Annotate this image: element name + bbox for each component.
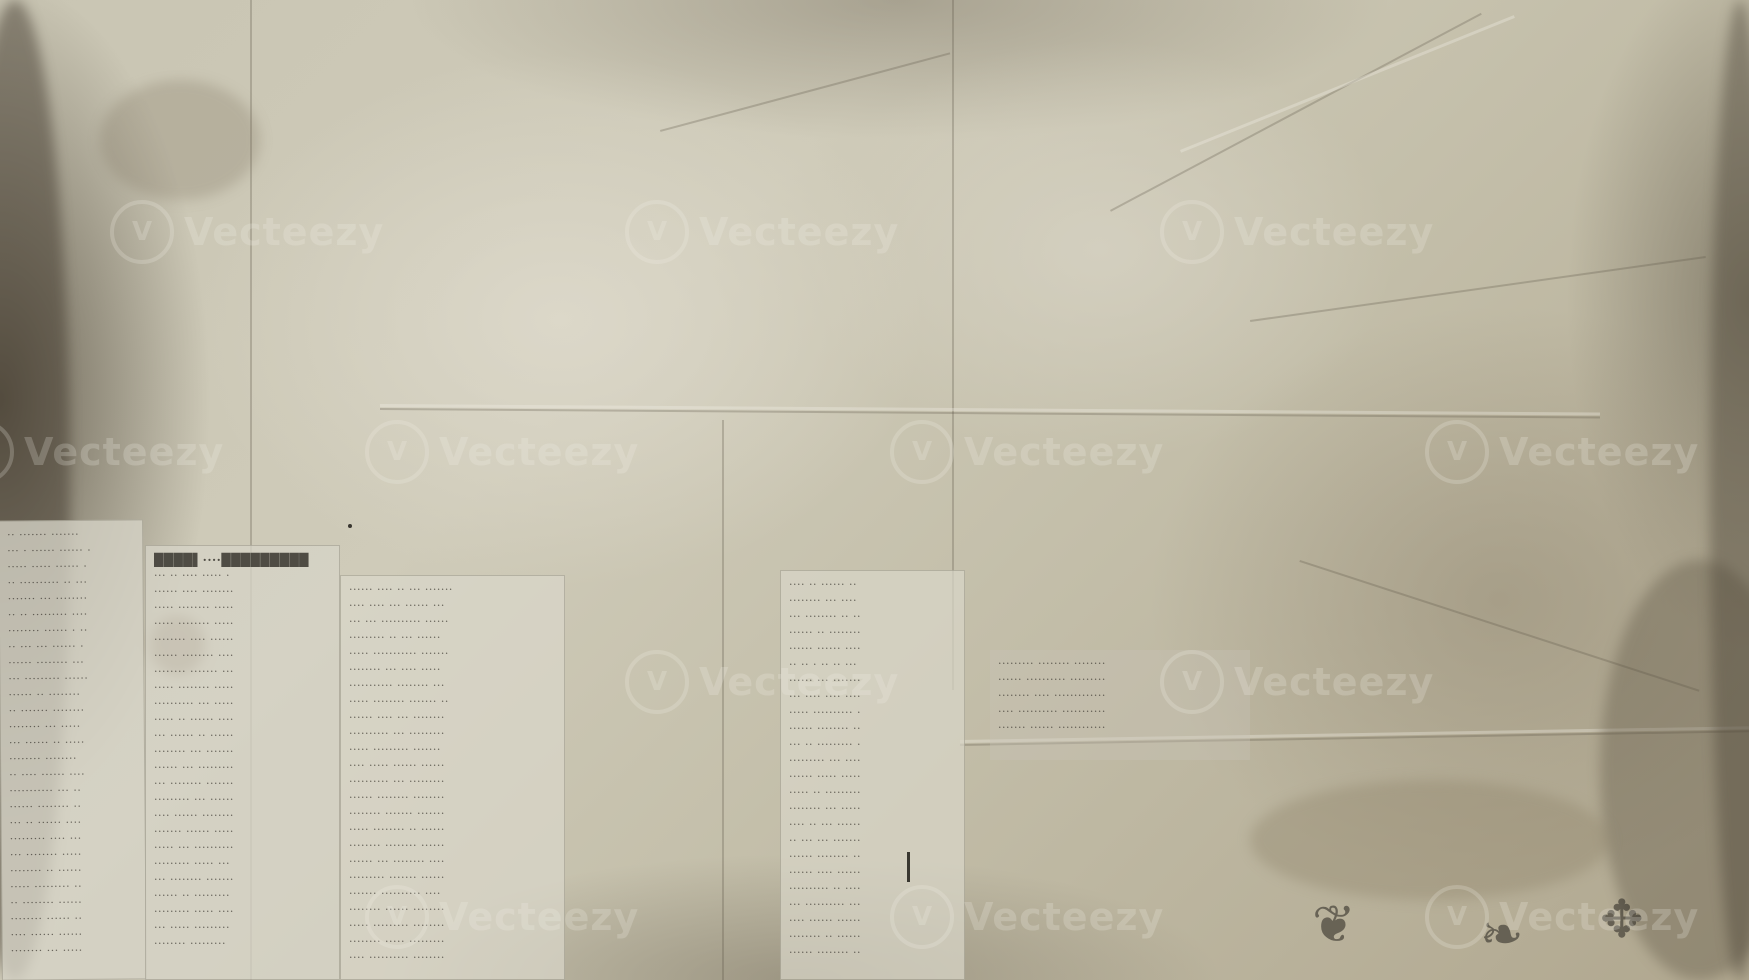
clipping-text-line: ····· ·· ·········: [789, 785, 956, 801]
clipping-text-line: ··· ·· ···· ····· ·: [154, 568, 331, 584]
newspaper-clipping: ···· ·· ······ ·········· ··· ······· ··…: [780, 570, 965, 980]
clipping-text-line: ·········· ·· ····: [789, 881, 956, 897]
watermark-text: Vecteezy: [1234, 660, 1434, 704]
clipping-text-line: ······ ········ ··: [9, 798, 136, 815]
clipping-text-line: ········· ····· ···: [154, 856, 331, 872]
engraving-fragment-icon: ✥: [1600, 890, 1644, 950]
vecteezy-logo-icon: V: [1160, 200, 1224, 264]
stain-top-left: [100, 80, 260, 200]
clipping-text-line: ········ ········: [9, 750, 136, 767]
diagonal-crease-highlight: [1180, 15, 1515, 153]
newspaper-clipping: ████▌····█████████··· ·· ···· ····· ····…: [145, 545, 340, 980]
stain-bottom-right: [1250, 780, 1610, 900]
clipping-text-line: ······ ·· ·········: [154, 888, 331, 904]
clipping-text-line: ····· ····· ······ ·: [7, 558, 134, 575]
clipping-text-line: ······ ········ ··: [789, 849, 956, 865]
clipping-text-line: ···· ······ ······: [11, 926, 138, 943]
clipping-text-line: ··· ·········· ···: [789, 897, 956, 913]
watermark-text: Vecteezy: [699, 210, 899, 254]
vecteezy-logo-icon: V: [625, 650, 689, 714]
newspaper-clipping: ·· ······· ·········· · ······ ······ ··…: [0, 519, 147, 980]
clipping-text-line: ···· ····· ······ ······: [349, 758, 556, 774]
watermark-text: Vecteezy: [964, 895, 1164, 939]
newspaper-clipping: ······ ···· ·· ··· ··········· ···· ··· …: [340, 575, 565, 980]
paper-texture-background: ·· ······· ·········· · ······ ······ ··…: [0, 0, 1749, 980]
newspaper-clipping: ········· ········ ·············· ······…: [990, 650, 1250, 760]
clipping-text-line: ····· ··········· ·······: [349, 646, 556, 662]
clipping-text-line: ·· ·· · ·· ·· ···: [789, 657, 956, 673]
clipping-text-line: ······ ········ ··: [789, 945, 956, 961]
clipping-text-line: ·········· ··· ·····: [154, 696, 331, 712]
clipping-text-line: ········ ······· ···: [154, 664, 331, 680]
clipping-text-line: ······ ··· ·········: [154, 760, 331, 776]
clipping-text-line: ·· ·········· ·· ···: [7, 574, 134, 591]
clipping-text-line: ·········· ··· ·········: [349, 774, 556, 790]
clipping-text-line: ····· ········· ··: [10, 878, 137, 895]
clipping-text-line: ······· ······ ············: [998, 720, 1242, 736]
clipping-text-line: ·· ·· ········· ····: [8, 606, 135, 623]
clipping-text-line: ········ ··· ···· ·····: [349, 662, 556, 678]
clipping-text-line: ████▌····█████████: [154, 552, 331, 568]
clipping-text-line: ········ ······· ·······: [349, 806, 556, 822]
clipping-text-line: ··· ······ ·· ······: [154, 728, 331, 744]
watermark-text: Vecteezy: [184, 210, 384, 254]
clipping-text-line: ····· ··· ··········: [154, 840, 331, 856]
clipping-text-line: ·· ··· ··· ·······: [789, 833, 956, 849]
clipping-text-line: ········· ····· ····: [154, 904, 331, 920]
clipping-text-line: ········ ··· ·····: [11, 942, 138, 959]
vecteezy-logo-icon: V: [890, 420, 954, 484]
clipping-text-line: ········ ·· ······: [10, 862, 137, 879]
clipping-text-line: ······ ·· ········: [8, 686, 135, 703]
watermark: VVecteezy: [1160, 200, 1434, 264]
clipping-text-line: ··· ········· ······: [8, 670, 135, 687]
clipping-text-line: ········ ······ ··: [10, 910, 137, 927]
clipping-text-line: ··· ···· ···· ····: [789, 689, 956, 705]
clipping-text-line: ·· ······· ·······: [7, 526, 134, 543]
clipping-text-line: ········· ··· ······: [154, 792, 331, 808]
clipping-text-line: ··· ··· ·········· ······: [349, 614, 556, 630]
watermark: VVecteezy: [625, 200, 899, 264]
clipping-text-line: ······ ·· ········: [789, 625, 956, 641]
clipping-text-line: ······· ··· ········: [8, 590, 135, 607]
clipping-text-line: ·········· ··· ·········: [349, 726, 556, 742]
clipping-text-line: ······· ·········· ····: [349, 886, 556, 902]
clipping-text-line: ····· ········ ·· ······: [349, 822, 556, 838]
clipping-text-line: ··· ········ ·······: [154, 872, 331, 888]
clipping-text-line: ········ ·· ······: [789, 929, 956, 945]
clipping-text-line: ···· ······ ········: [154, 808, 331, 824]
clipping-text-line: ········· ·· ··· ······: [349, 630, 556, 646]
clipping-text-line: ··· · ······ ······ ·: [7, 542, 134, 559]
clipping-text-line: ········ ··· ····: [789, 593, 956, 609]
clipping-text-line: ······ ··· ········ ····: [349, 854, 556, 870]
clipping-text-line: ········ ·········: [154, 936, 331, 952]
engraving-fragment-icon: ❦: [1312, 895, 1356, 955]
clipping-text-line: ······ ·········· ·········: [998, 672, 1242, 688]
clipping-text-line: ····· ·· ······ ····: [154, 712, 331, 728]
watermark-text: Vecteezy: [1234, 210, 1434, 254]
clipping-text-line: ··· ········ ·······: [154, 776, 331, 792]
clipping-text-line: ····· ········· ········: [349, 918, 556, 934]
watermark-text: Vecteezy: [439, 430, 639, 474]
clipping-text-line: ···· ······ ······: [789, 913, 956, 929]
clipping-text-line: ····· ·········· ·: [789, 705, 956, 721]
vecteezy-logo-icon: V: [1425, 420, 1489, 484]
clipping-text-line: ·· ···· ······ ····: [9, 766, 136, 783]
clipping-text-line: ·· ··· ··· ······ ·: [8, 638, 135, 655]
clipping-text-line: ········ ···· ·············: [998, 688, 1242, 704]
clipping-text-line: ········ ··· ·······: [154, 744, 331, 760]
clipping-text-line: ········ ····· ·········: [349, 934, 556, 950]
watermark-text: Vecteezy: [1499, 430, 1699, 474]
clipping-text-line: ········ ··· ·····: [789, 801, 956, 817]
ink-dot: [348, 524, 352, 528]
vecteezy-logo-icon: V: [365, 420, 429, 484]
clipping-text-line: ···· ·········· ········: [349, 950, 556, 966]
diagonal-crease-upper-right: [1110, 13, 1482, 212]
vertical-crease-center-lower: [722, 420, 724, 980]
clipping-text-line: ········ ······ ········: [349, 902, 556, 918]
clipping-text-line: ··· ········ ·· ··: [789, 609, 956, 625]
clipping-text-line: ······ ········ ···: [8, 654, 135, 671]
clipping-text-line: ··· ····· ·········: [154, 920, 331, 936]
clipping-text-line: ······· ······ ·····: [154, 824, 331, 840]
clipping-text-line: ····· ········ ·····: [154, 600, 331, 616]
clipping-text-line: ······ ··· ·······: [789, 673, 956, 689]
ink-mark-vertical: [907, 852, 910, 882]
clipping-text-line: ······ ········ ········: [349, 790, 556, 806]
clipping-text-line: ······ ···· ··· ········: [349, 710, 556, 726]
clipping-text-line: ········ ······ · ··: [8, 622, 135, 639]
clipping-text-line: ··· ······ ·· ·····: [9, 734, 136, 751]
clipping-text-line: ········ ··· ·····: [9, 718, 136, 735]
vecteezy-logo-icon: V: [625, 200, 689, 264]
clipping-text-line: ········ ···· ······: [154, 632, 331, 648]
engraving-fragment-icon: ❧: [1480, 905, 1524, 965]
clipping-text-line: ······ ···· ········: [154, 584, 331, 600]
clipping-text-line: ······ ····· ·····: [789, 769, 956, 785]
clipping-text-line: ···· ·· ······ ··: [789, 577, 956, 593]
clipping-text-line: ··········· ··· ··: [9, 782, 136, 799]
clipping-text-line: ······ ········ ··: [789, 721, 956, 737]
clipping-text-line: ··· ········ ·····: [10, 846, 137, 863]
diagonal-crease-top: [660, 52, 950, 132]
diagonal-crease-right-mid: [1250, 256, 1706, 322]
clipping-text-line: ········· ··· ····: [789, 753, 956, 769]
clipping-text-line: ···· ·········· ···········: [998, 704, 1242, 720]
watermark-text: Vecteezy: [964, 430, 1164, 474]
clipping-text-line: ·· ······· ········: [9, 702, 136, 719]
clipping-text-line: ····· ········ ······· ··: [349, 694, 556, 710]
clipping-text-line: ······ ···· ······: [789, 865, 956, 881]
watermark: VVecteezy: [890, 420, 1164, 484]
clipping-text-line: ·· ········ ······: [10, 894, 137, 911]
watermark: VVecteezy: [1425, 420, 1699, 484]
clipping-text-line: ···· ·· ··· ······: [789, 817, 956, 833]
clipping-text-line: ····· ········ ·····: [154, 680, 331, 696]
clipping-text-line: ······ ······ ····: [789, 641, 956, 657]
clipping-text-line: ········· ········ ········: [998, 656, 1242, 672]
clipping-text-line: ···· ···· ··· ······ ···: [349, 598, 556, 614]
clipping-text-line: ········· ······· ······: [349, 870, 556, 886]
clipping-text-line: ······ ···· ·· ··· ·······: [349, 582, 556, 598]
clipping-text-line: ··········· ········ ···: [349, 678, 556, 694]
clipping-text-line: ··· ·· ········· ·: [789, 737, 956, 753]
clipping-text-line: ······ ········ ····: [154, 648, 331, 664]
vecteezy-logo-icon: V: [110, 200, 174, 264]
clipping-text-line: ········ ········ ······: [349, 838, 556, 854]
clipping-text-line: ····· ········ ·····: [154, 616, 331, 632]
clipping-text-line: ····· ········· ·······: [349, 742, 556, 758]
clipping-text-line: ··· ·· ······ ····: [10, 814, 137, 831]
clipping-text-line: ········· ···· ···: [10, 830, 137, 847]
watermark: VVecteezy: [110, 200, 384, 264]
watermark: VVecteezy: [365, 420, 639, 484]
